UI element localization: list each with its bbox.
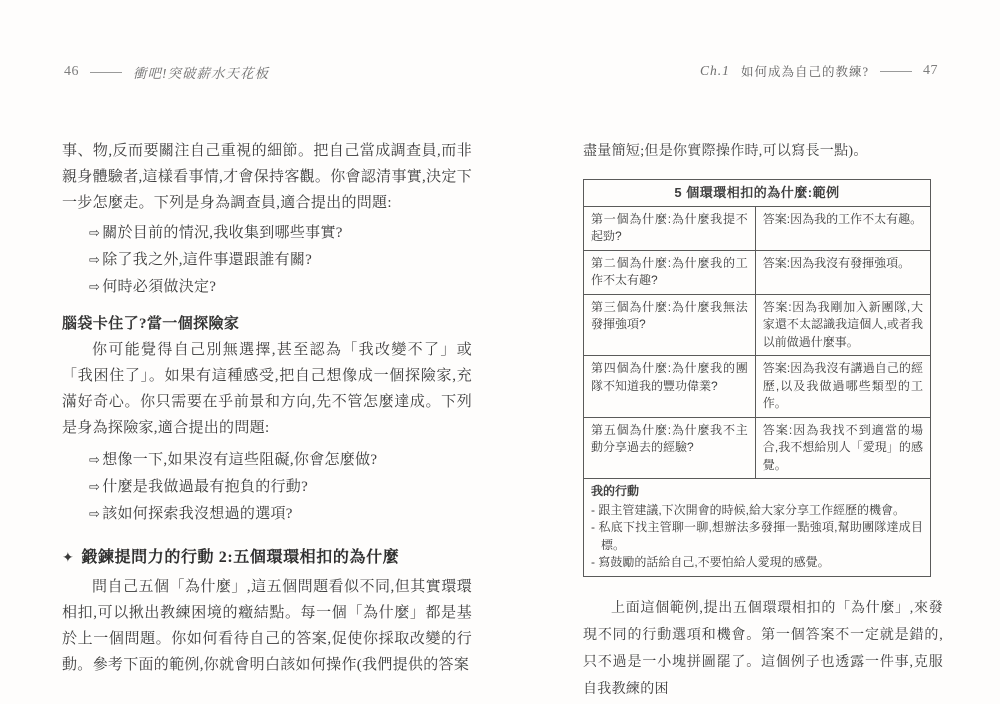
page-number-right: 47 bbox=[923, 63, 938, 79]
header-rule bbox=[880, 71, 912, 72]
why-answer: 答案:因為我沒有講過自己的經歷,以及我做過哪些類型的工作。 bbox=[755, 356, 930, 418]
action-paragraph: 問自己五個「為什麼」,這五個問題看似不同,但其實環環相扣,可以揪出教練困境的癥結… bbox=[62, 574, 472, 678]
left-page-body: 事、物,反而要關注自己重視的細節。把自己當成調查員,而非親身體驗者,這樣看事情,… bbox=[62, 138, 472, 678]
why-answer: 答案:因為我沒有發揮強項。 bbox=[755, 250, 930, 294]
why-answer: 答案:因為我剛加入新團隊,大家還不太認識我這個人,或者我以前做過什麼事。 bbox=[755, 294, 930, 356]
question-text: 除了我之外,這件事還跟誰有關? bbox=[102, 252, 312, 268]
action-item: - 寫鼓勵的話給自己,不要怕給人愛現的感覺。 bbox=[591, 554, 923, 572]
why-question: 第三個為什麼:為什麼我無法發揮強項? bbox=[584, 294, 756, 356]
star-icon: ✦ bbox=[62, 544, 74, 572]
list-item: ⇨關於目前的情況,我收集到哪些事實? bbox=[89, 220, 472, 247]
list-item: ⇨什麼是我做過最有抱負的行動? bbox=[89, 474, 472, 501]
arrow-bullet-icon: ⇨ bbox=[89, 507, 100, 522]
table-actions-row: 我的行動 - 跟主管建議,下次開會的時候,給大家分享工作經歷的機會。 - 私底下… bbox=[584, 479, 931, 577]
my-actions-cell: 我的行動 - 跟主管建議,下次開會的時候,給大家分享工作經歷的機會。 - 私底下… bbox=[584, 479, 931, 577]
explorer-question-list: ⇨想像一下,如果沒有這些阻礙,你會怎麼做? ⇨什麼是我做過最有抱負的行動? ⇨該… bbox=[62, 447, 472, 528]
arrow-bullet-icon: ⇨ bbox=[89, 280, 100, 295]
why-question: 第五個為什麼:為什麼我不主動分享過去的經驗? bbox=[584, 417, 756, 479]
list-item: ⇨想像一下,如果沒有這些阻礙,你會怎麼做? bbox=[89, 447, 472, 474]
action-item: - 私底下找主管聊一聊,想辦法多發揮一點強項,幫助團隊達成目標。 bbox=[591, 519, 923, 554]
table-row: 第一個為什麼:為什麼我提不起勁? 答案:因為我的工作不太有趣。 bbox=[584, 206, 931, 250]
why-answer: 答案:因為我的工作不太有趣。 bbox=[755, 206, 930, 250]
section-heading-explorer: 腦袋卡住了?當一個探險家 bbox=[62, 311, 472, 337]
arrow-bullet-icon: ⇨ bbox=[89, 226, 100, 241]
chapter-title: 如何成為自己的教練? bbox=[741, 62, 869, 80]
page-number-left: 46 bbox=[64, 64, 79, 80]
why-question: 第二個為什麼:為什麼我的工作不太有趣? bbox=[584, 250, 756, 294]
running-header-left: 46 衝吧!突破薪水天花板 bbox=[64, 62, 269, 82]
list-item: ⇨除了我之外,這件事還跟誰有關? bbox=[89, 247, 472, 274]
action-heading-text: 鍛鍊提問力的行動 2:五個環環相扣的為什麼 bbox=[81, 544, 399, 572]
paragraph-continuation: 事、物,反而要關注自己重視的細節。把自己當成調查員,而非親身體驗者,這樣看事情,… bbox=[62, 138, 472, 216]
intro-line: 盡量簡短;但是你實際操作時,可以寫長一點)。 bbox=[583, 138, 943, 165]
why-question: 第一個為什麼:為什麼我提不起勁? bbox=[584, 206, 756, 250]
running-header-right: Ch.1 如何成為自己的教練? 47 bbox=[700, 62, 938, 80]
table-row: 第五個為什麼:為什麼我不主動分享過去的經驗? 答案:因為我找不到適當的場合,我不… bbox=[584, 417, 931, 479]
five-whys-example-table: 5 個環環相扣的為什麼:範例 第一個為什麼:為什麼我提不起勁? 答案:因為我的工… bbox=[583, 179, 931, 577]
table-row: 第四個為什麼:為什麼我的團隊不知道我的豐功偉業? 答案:因為我沒有講過自己的經歷… bbox=[584, 356, 931, 418]
book-title: 衝吧!突破薪水天花板 bbox=[133, 62, 269, 82]
action-heading: ✦ 鍛鍊提問力的行動 2:五個環環相扣的為什麼 bbox=[62, 544, 472, 572]
header-rule bbox=[90, 72, 122, 73]
table-title-row: 5 個環環相扣的為什麼:範例 bbox=[584, 180, 931, 207]
section-paragraph: 你可能覺得自己別無選擇,甚至認為「我改變不了」或「我困住了」。如果有這種感受,把… bbox=[62, 337, 472, 441]
arrow-bullet-icon: ⇨ bbox=[89, 253, 100, 268]
question-text: 什麼是我做過最有抱負的行動? bbox=[102, 479, 308, 495]
action-item: - 跟主管建議,下次開會的時候,給大家分享工作經歷的機會。 bbox=[591, 502, 923, 520]
question-text: 想像一下,如果沒有這些阻礙,你會怎麼做? bbox=[102, 452, 377, 468]
right-page-body: 盡量簡短;但是你實際操作時,可以寫長一點)。 5 個環環相扣的為什麼:範例 第一… bbox=[583, 138, 943, 703]
table-title: 5 個環環相扣的為什麼:範例 bbox=[584, 180, 931, 207]
why-question: 第四個為什麼:為什麼我的團隊不知道我的豐功偉業? bbox=[584, 356, 756, 418]
arrow-bullet-icon: ⇨ bbox=[89, 453, 100, 468]
table-row: 第三個為什麼:為什麼我無法發揮強項? 答案:因為我剛加入新團隊,大家還不太認識我… bbox=[584, 294, 931, 356]
arrow-bullet-icon: ⇨ bbox=[89, 480, 100, 495]
why-answer: 答案:因為我找不到適當的場合,我不想給別人「愛現」的感覺。 bbox=[755, 417, 930, 479]
investigator-question-list: ⇨關於目前的情況,我收集到哪些事實? ⇨除了我之外,這件事還跟誰有關? ⇨何時必… bbox=[62, 220, 472, 301]
question-text: 何時必須做決定? bbox=[102, 279, 216, 295]
table-row: 第二個為什麼:為什麼我的工作不太有趣? 答案:因為我沒有發揮強項。 bbox=[584, 250, 931, 294]
chapter-label: Ch.1 bbox=[700, 63, 730, 79]
question-text: 關於目前的情況,我收集到哪些事實? bbox=[102, 225, 343, 241]
list-item: ⇨該如何探索我沒想過的選項? bbox=[89, 501, 472, 528]
closing-paragraph: 上面這個範例,提出五個環環相扣的「為什麼」,來發現不同的行動選項和機會。第一個答… bbox=[583, 595, 943, 703]
question-text: 該如何探索我沒想過的選項? bbox=[102, 506, 293, 522]
my-actions-title: 我的行動 bbox=[591, 483, 923, 501]
list-item: ⇨何時必須做決定? bbox=[89, 274, 472, 301]
